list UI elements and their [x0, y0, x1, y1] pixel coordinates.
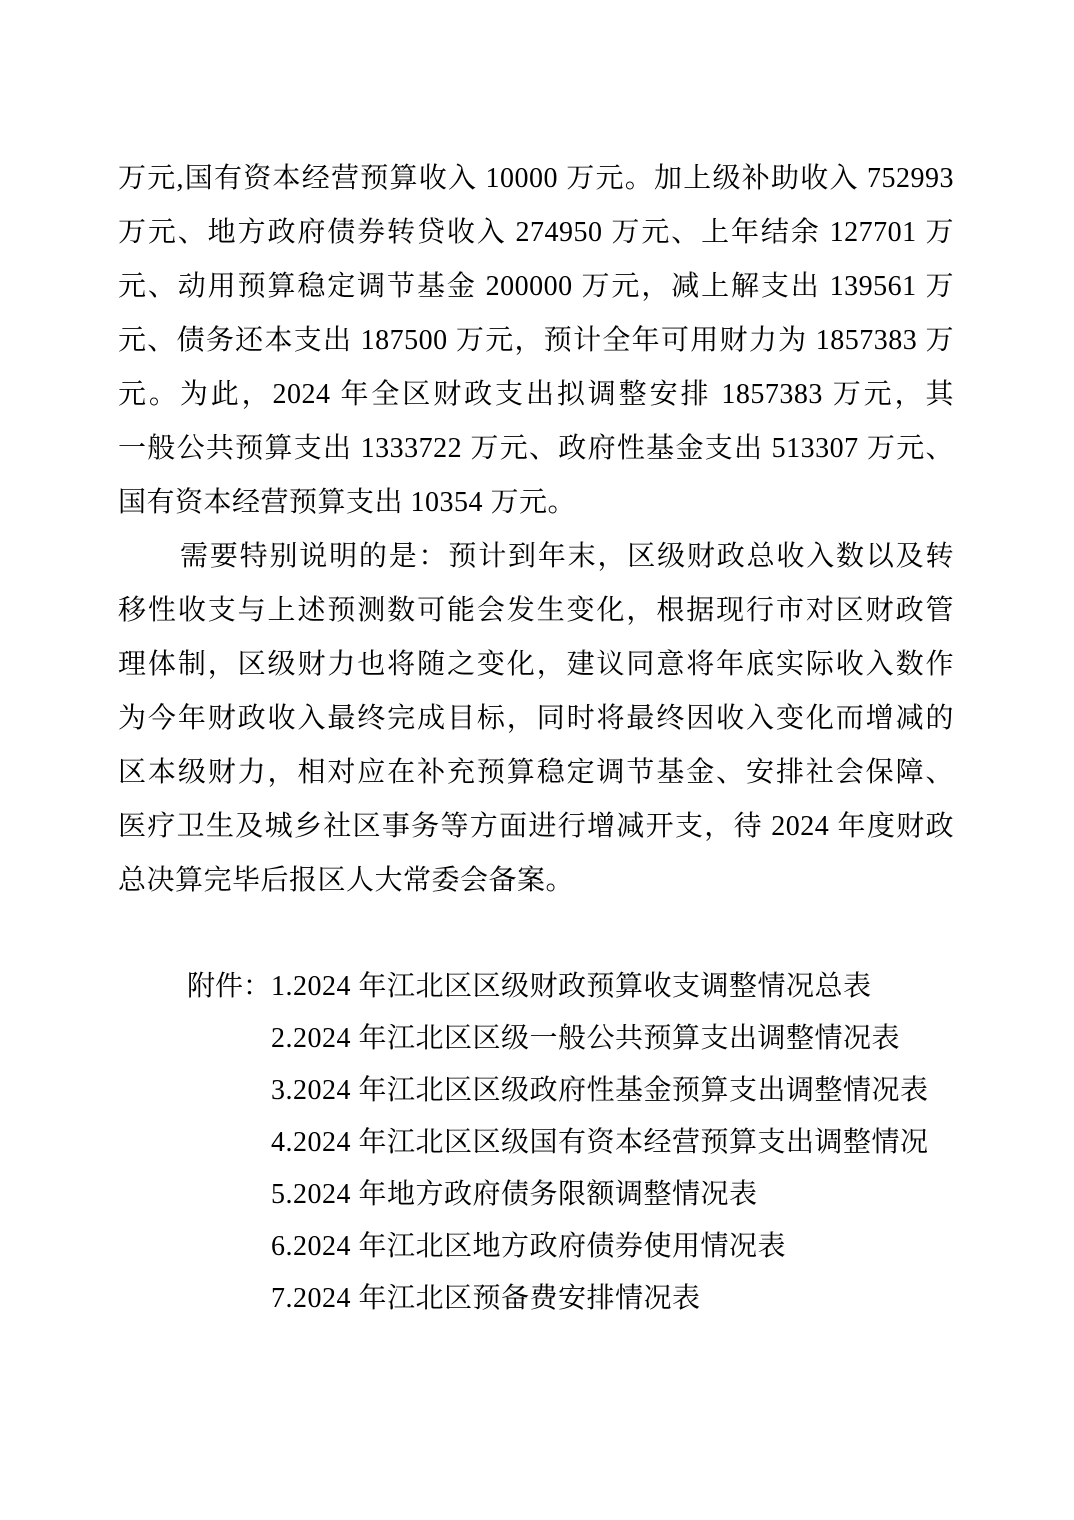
attachment-item: 1.2024 年江北区区级财政预算收支调整情况总表	[271, 961, 954, 1013]
body-line: 万元、地方政府债券转贷收入 274950 万元、上年结余 127701 万	[118, 206, 954, 260]
attachment-item: 5.2024 年地方政府债务限额调整情况表	[271, 1169, 954, 1221]
attachment-item: 2.2024 年江北区区级一般公共预算支出调整情况表	[271, 1013, 954, 1065]
body-line: 元、动用预算稳定调节基金 200000 万元，减上解支出 139561 万	[118, 260, 954, 314]
body-line: 为今年财政收入最终完成目标，同时将最终因收入变化而增减的	[118, 692, 954, 746]
body-line: 万元,国有资本经营预算收入 10000 万元。加上级补助收入 752993	[118, 152, 954, 206]
attachments-list: 1.2024 年江北区区级财政预算收支调整情况总表 2.2024 年江北区区级一…	[271, 961, 954, 1325]
body-line: 国有资本经营预算支出 10354 万元。	[118, 476, 954, 530]
body-line: 区本级财力，相对应在补充预算稳定调节基金、安排社会保障、	[118, 746, 954, 800]
attachment-item: 6.2024 年江北区地方政府债券使用情况表	[271, 1221, 954, 1273]
document-body: 万元,国有资本经营预算收入 10000 万元。加上级补助收入 752993 万元…	[118, 152, 954, 1325]
body-line: 元、债务还本支出 187500 万元，预计全年可用财力为 1857383 万	[118, 314, 954, 368]
body-line: 需要特别说明的是：预计到年末，区级财政总收入数以及转	[118, 530, 954, 584]
body-line: 医疗卫生及城乡社区事务等方面进行增减开支，待 2024 年度财政	[118, 800, 954, 854]
attachments-label: 附件：	[187, 961, 271, 1325]
body-line: 理体制，区级财力也将随之变化，建议同意将年底实际收入数作	[118, 638, 954, 692]
document-page: 万元,国有资本经营预算收入 10000 万元。加上级补助收入 752993 万元…	[0, 0, 1074, 1520]
attachments-section: 附件： 1.2024 年江北区区级财政预算收支调整情况总表 2.2024 年江北…	[187, 961, 954, 1325]
attachment-item: 4.2024 年江北区区级国有资本经营预算支出调整情况表	[271, 1117, 954, 1169]
body-line: 一般公共预算支出 1333722 万元、政府性基金支出 513307 万元、	[118, 422, 954, 476]
attachment-item: 3.2024 年江北区区级政府性基金预算支出调整情况表	[271, 1065, 954, 1117]
body-line: 移性收支与上述预测数可能会发生变化，根据现行市对区财政管	[118, 584, 954, 638]
body-line: 元。为此，2024 年全区财政支出拟调整安排 1857383 万元，其中：	[118, 368, 954, 422]
attachment-item: 7.2024 年江北区预备费安排情况表	[271, 1273, 954, 1325]
body-line: 总决算完毕后报区人大常委会备案。	[118, 854, 954, 908]
